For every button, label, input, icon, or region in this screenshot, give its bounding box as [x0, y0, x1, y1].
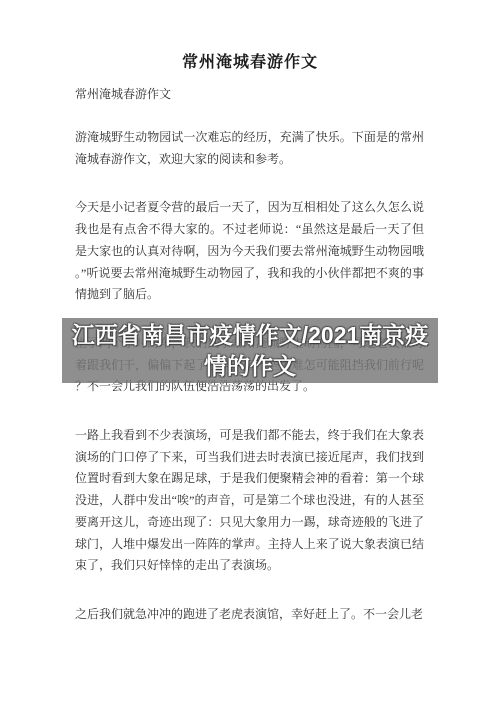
overlay-banner: 江西省南昌市疫情作文/2021南京疫情的作文 — [62, 318, 438, 383]
paragraph-elephant-show: 一路上我看到不少表演场，可是我们都不能去，终于我们在大象表演场的门口停了下来，可… — [75, 425, 424, 577]
paragraph-day-start: 今天是小记者夏令营的最后一天了，因为互相相处了这么久怎么说我也是有点舍不得大家的… — [75, 197, 424, 306]
article-subtitle: 常州淹城春游作文 — [75, 84, 171, 106]
article-body: 游淹城野生动物园试一次难忘的经历，充满了快乐。下面是的常州淹城春游作文，欢迎大家… — [75, 127, 424, 653]
paragraph-intro: 游淹城野生动物园试一次难忘的经历，充满了快乐。下面是的常州淹城春游作文，欢迎大家… — [75, 127, 424, 170]
overlay-banner-text: 江西省南昌市疫情作文/2021南京疫情的作文 — [62, 320, 438, 382]
page-title: 常州淹城春游作文 — [0, 52, 500, 74]
document-page: 常州淹城春游作文 常州淹城春游作文 游淹城野生动物园试一次难忘的经历，充满了快乐… — [0, 0, 500, 706]
paragraph-tiger-show: 之后我们就急冲冲的跑进了老虎表演馆，幸好赶上了。不一会儿老 — [75, 604, 424, 626]
